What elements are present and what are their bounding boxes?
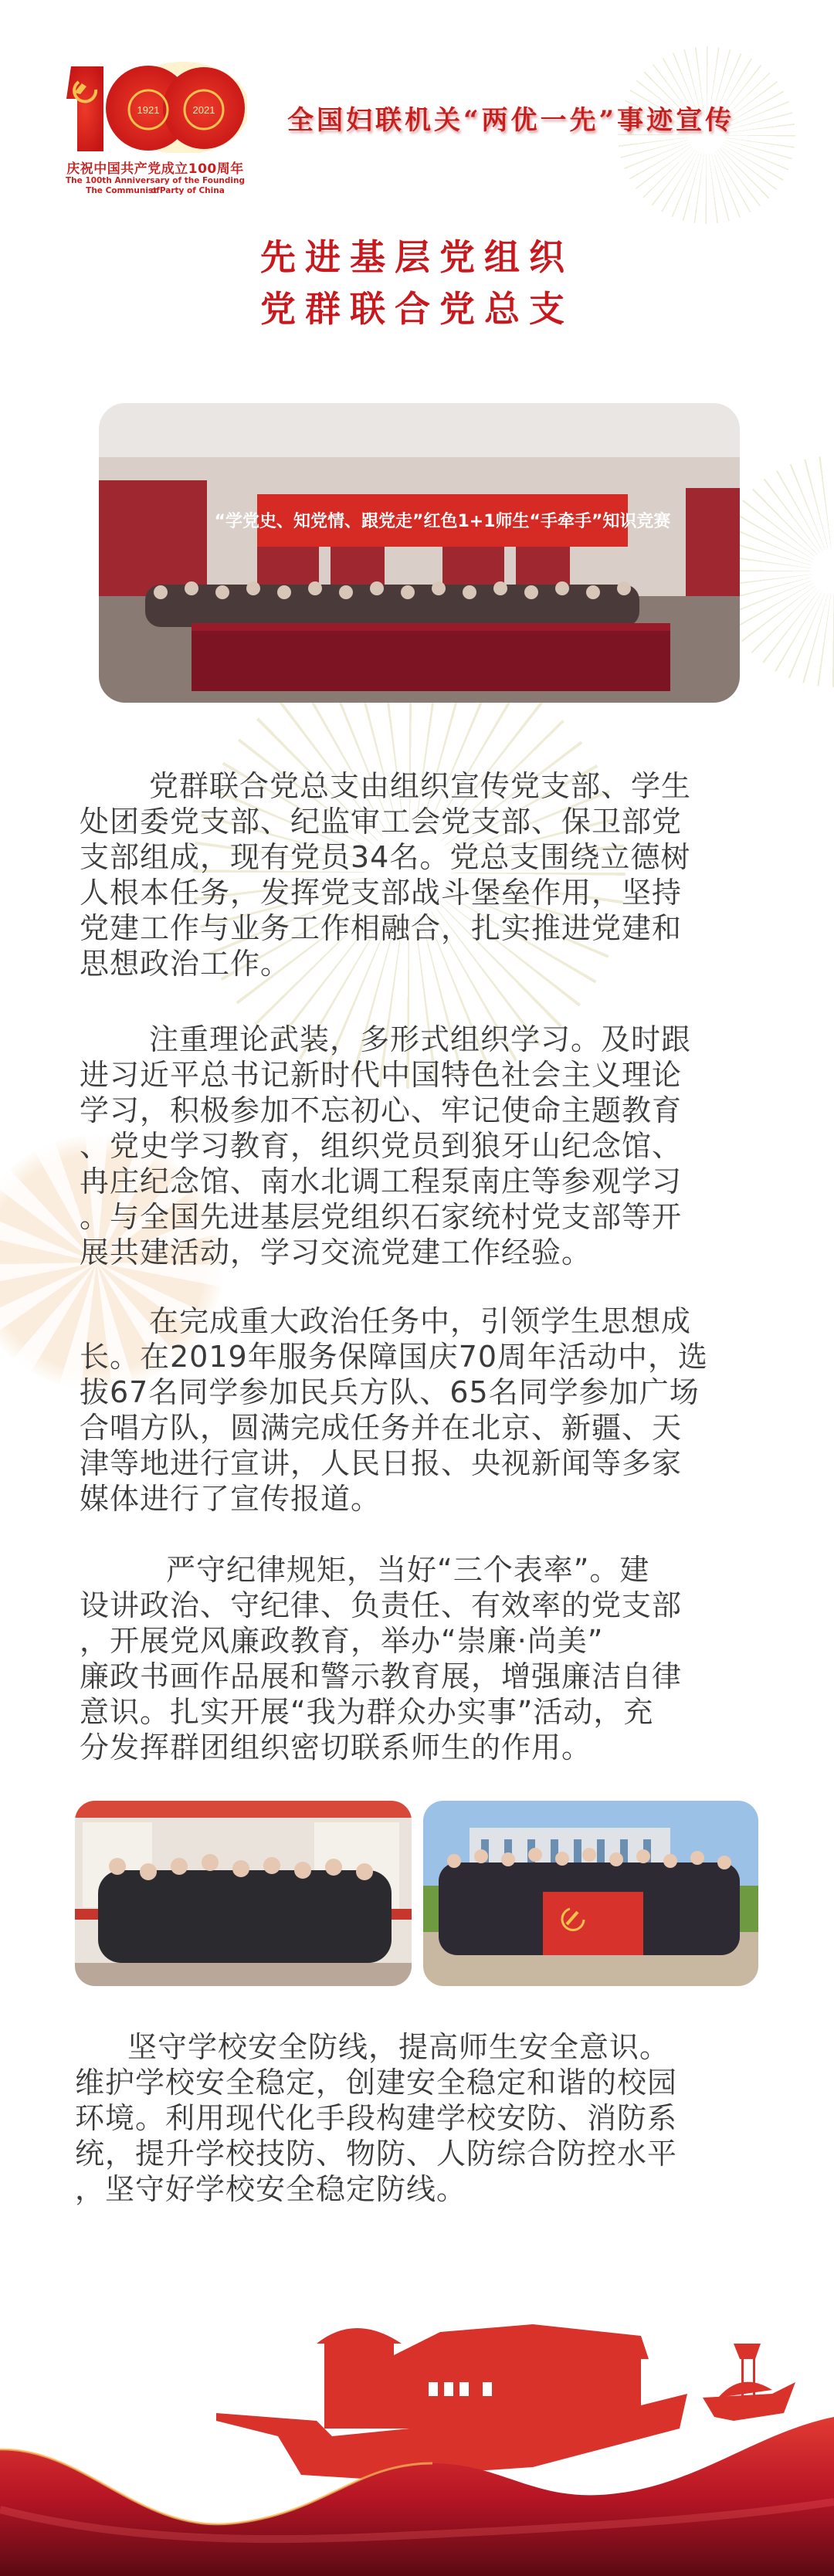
text-line: 廉政书画作品展和警示教育展，增强廉洁自律	[80, 1659, 759, 1694]
outdoor-flag-group-photo	[423, 1801, 758, 1986]
text-line: ，坚守好学校安全稳定防线。	[75, 2171, 754, 2207]
exhibition-group-photo	[75, 1801, 412, 1986]
text-line: 意识。扎实开展“我为群众办实事”活动，充	[80, 1694, 759, 1730]
text-line: 媒体进行了宣传报道。	[80, 1481, 759, 1517]
text-line: 在完成重大政治任务中，引领学生思想成	[80, 1303, 759, 1339]
text-line: 党群联合党总支由组织宣传党支部、学生	[80, 768, 759, 804]
text-line: 津等地进行宣讲，人民日报、央视新闻等多家	[80, 1446, 759, 1481]
paragraph-theory-study: 注重理论武装，多形式组织学习。及时跟 进习近平总书记新时代中国特色社会主义理论 …	[80, 1022, 759, 1270]
paragraph-political-tasks: 在完成重大政治任务中，引领学生思想成 长。在2019年服务保障国庆70周年活动中…	[80, 1303, 759, 1517]
text-line: 严守纪律规矩，当好“三个表率”。建	[80, 1552, 759, 1588]
text-line: 党建工作与业务工作相融合，扎实推进党建和	[80, 910, 759, 946]
logo-caption-chinese: 庆祝中国共产党成立100周年	[63, 158, 247, 177]
text-line: 维护学校安全稳定，创建安全稳定和谐的校园	[75, 2065, 754, 2100]
paragraph-discipline: 严守纪律规矩，当好“三个表率”。建 设讲政治、守纪律、负责任、有效率的党支部 ，…	[80, 1552, 759, 1765]
centenary-emblem-icon: 1921 2021	[63, 62, 247, 153]
text-line: 进习近平总书记新时代中国特色社会主义理论	[80, 1057, 759, 1093]
text-line: 长。在2019年服务保障国庆70周年活动中，选	[80, 1339, 759, 1374]
text-line: 人根本任务，发挥党支部战斗堡垒作用，坚持	[80, 875, 759, 910]
text-line: 拔67名同学参加民兵方队、65名同学参加广场	[80, 1374, 759, 1410]
text-line: 支部组成，现有党员34名。党总支围绕立德树	[80, 839, 759, 875]
text-line: 。与全国先进基层党组织石家统村党支部等开	[80, 1199, 759, 1235]
text-line: 设讲政治、守纪律、负责任、有效率的党支部	[80, 1588, 759, 1623]
text-line: 冉庄纪念馆、南水北调工程泵南庄等参观学习	[80, 1164, 759, 1199]
logo-caption-english-2: The Communist Party of China	[63, 186, 247, 196]
svg-text:2021: 2021	[193, 104, 215, 116]
text-line: 展共建活动，学习交流党建工作经验。	[80, 1235, 759, 1270]
page-title-line-2: 党群联合党总支	[0, 286, 834, 332]
text-line: 学习，积极参加不忘初心、牢记使命主题教育	[80, 1093, 759, 1128]
party-100-anniversary-logo: 1921 2021 庆祝中国共产党成立100周年 The 100th Anniv…	[63, 62, 247, 208]
header-slogan: 全国妇联机关“两优一先”事迹宣传	[287, 99, 734, 137]
text-line: 思想政治工作。	[80, 946, 759, 981]
text-line: 、党史学习教育，组织党员到狼牙山纪念馆、	[80, 1128, 759, 1164]
svg-text:“学党史、知党情、跟党走”红色1+1师生“手牵手”知识竞赛: “学党史、知党情、跟党走”红色1+1师生“手牵手”知识竞赛	[215, 511, 671, 531]
paragraph-campus-safety: 坚守学校安全防线，提高师生安全意识。 维护学校安全稳定，创建安全稳定和谐的校园 …	[75, 2029, 754, 2207]
text-line: 环境。利用现代化手段构建学校安防、消防系	[75, 2100, 754, 2136]
text-line: 分发挥群团组织密切联系师生的作用。	[80, 1730, 759, 1765]
party-flag-icon	[543, 1892, 643, 1955]
red-wave-decoration	[0, 2417, 834, 2576]
text-line: 统，提升学校技防、物防、人防综合防控水平	[75, 2136, 754, 2171]
text-line: 合唱方队，圆满完成任务并在北京、新疆、天	[80, 1410, 759, 1446]
svg-text:1921: 1921	[137, 104, 160, 116]
paragraph-organization: 党群联合党总支由组织宣传党支部、学生 处团委党支部、纪监审工会党支部、保卫部党 …	[80, 768, 759, 981]
page-title-line-1: 先进基层党组织	[0, 234, 834, 280]
main-group-photo: “学党史、知党情、跟党走”红色1+1师生“手牵手”知识竞赛	[99, 403, 740, 703]
text-line: ，开展党风廉政教育，举办“崇廉·尚美”	[80, 1623, 759, 1659]
text-line: 坚守学校安全防线，提高师生安全意识。	[75, 2029, 754, 2065]
text-line: 注重理论武装，多形式组织学习。及时跟	[80, 1022, 759, 1057]
text-line: 处团委党支部、纪监审工会党支部、保卫部党	[80, 804, 759, 839]
